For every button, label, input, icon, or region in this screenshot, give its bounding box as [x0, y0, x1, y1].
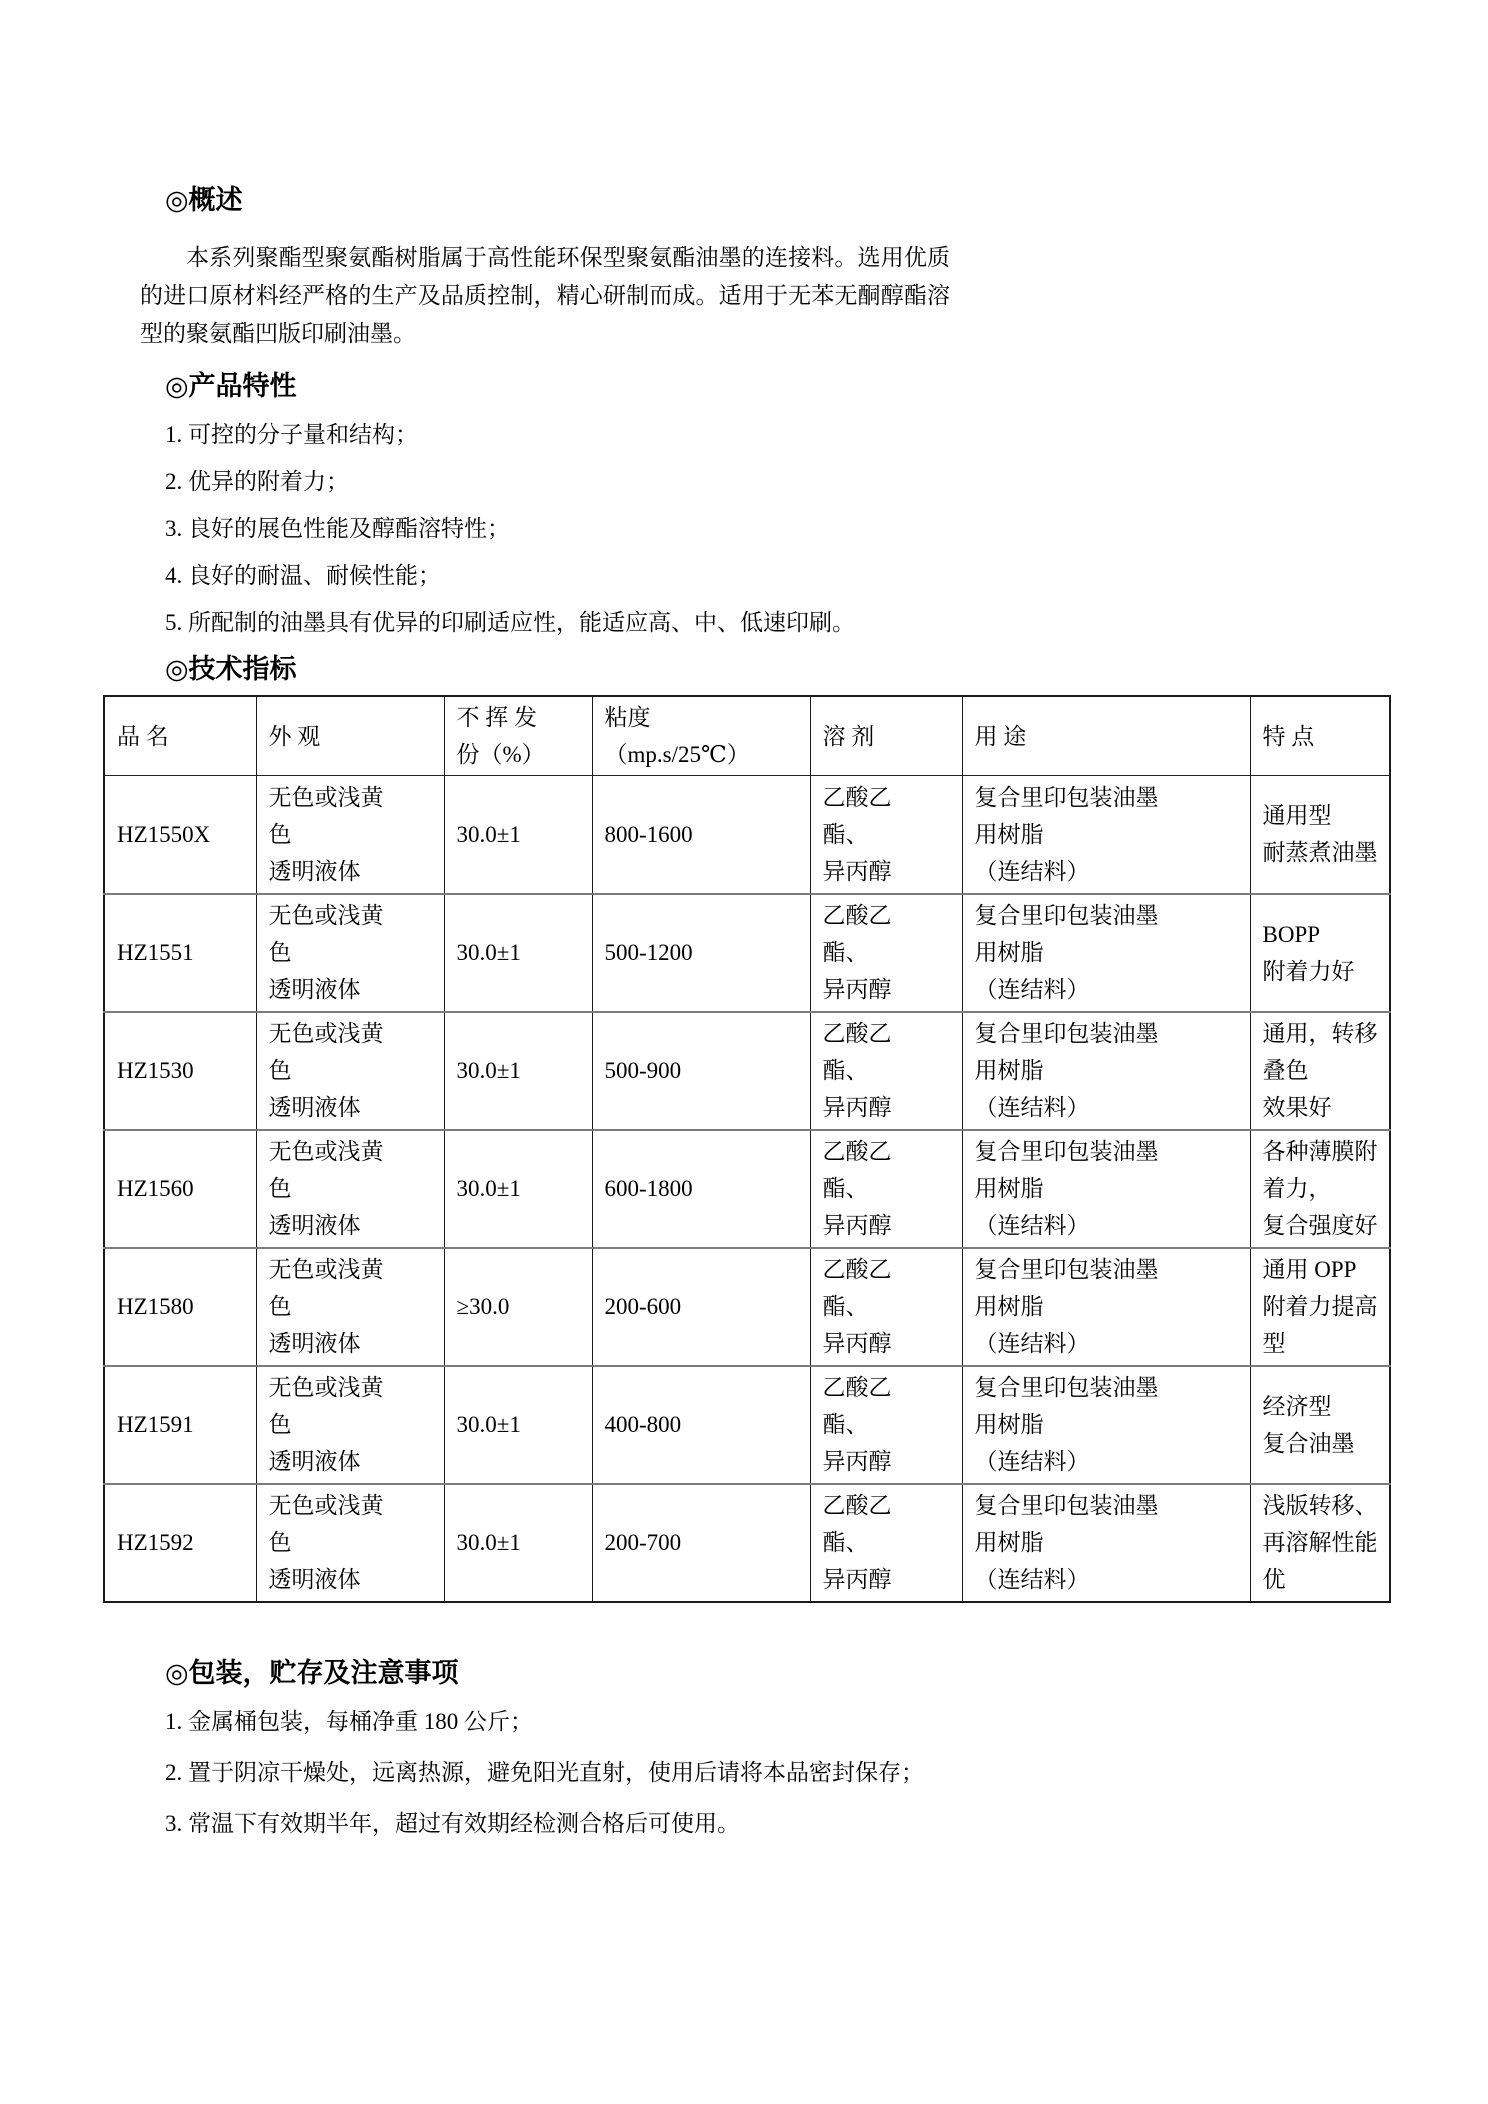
header-use: 用 途	[962, 696, 1250, 776]
overview-section: ◎概述 本系列聚酯型聚氨酯树脂属于高性能环保型聚氨酯油墨的连接料。选用优质的进口…	[140, 185, 950, 686]
cell-appearance: 无色或浅黄 色 透明液体	[256, 894, 444, 1012]
cell-nonvolatile: 30.0±1	[444, 1130, 592, 1248]
cell-product-name: HZ1530	[104, 1012, 256, 1130]
cell-product-name: HZ1551	[104, 894, 256, 1012]
cell-product-name: HZ1592	[104, 1484, 256, 1602]
cell-product-name: HZ1560	[104, 1130, 256, 1248]
packaging-item: 1. 金属桶包装，每桶净重 180 公斤；	[165, 1706, 950, 1738]
specs-table: 品 名 外 观 不 挥 发 份（%） 粘度 （mp.s/25℃） 溶 剂 用 途…	[103, 695, 1391, 1603]
document-page: ◎概述 本系列聚酯型聚氨酯树脂属于高性能环保型聚氨酯油墨的连接料。选用优质的进口…	[0, 0, 1488, 2104]
specs-heading: ◎技术指标	[165, 654, 950, 686]
feature-item: 1. 可控的分子量和结构；	[165, 419, 950, 451]
header-viscosity: 粘度 （mp.s/25℃）	[592, 696, 810, 776]
header-solvent: 溶 剂	[810, 696, 962, 776]
features-list: 1. 可控的分子量和结构； 2. 优异的附着力； 3. 良好的展色性能及醇酯溶特…	[140, 419, 950, 639]
cell-nonvolatile: 30.0±1	[444, 776, 592, 894]
cell-viscosity: 400-800	[592, 1366, 810, 1484]
cell-viscosity: 600-1800	[592, 1130, 810, 1248]
header-features: 特 点	[1250, 696, 1390, 776]
cell-appearance: 无色或浅黄 色 透明液体	[256, 1366, 444, 1484]
feature-item: 3. 良好的展色性能及醇酯溶特性；	[165, 513, 950, 545]
cell-viscosity: 800-1600	[592, 776, 810, 894]
cell-use: 复合里印包装油墨 用树脂 （连结料）	[962, 894, 1250, 1012]
cell-nonvolatile: 30.0±1	[444, 1012, 592, 1130]
cell-use: 复合里印包装油墨 用树脂 （连结料）	[962, 1012, 1250, 1130]
table-row: HZ1551 无色或浅黄 色 透明液体 30.0±1 500-1200 乙酸乙 …	[104, 894, 1390, 1012]
cell-appearance: 无色或浅黄 色 透明液体	[256, 776, 444, 894]
table-row: HZ1580 无色或浅黄 色 透明液体 ≥30.0 200-600 乙酸乙 酯、…	[104, 1248, 1390, 1366]
header-appearance: 外 观	[256, 696, 444, 776]
cell-solvent: 乙酸乙 酯、 异丙醇	[810, 1012, 962, 1130]
cell-use: 复合里印包装油墨 用树脂 （连结料）	[962, 1248, 1250, 1366]
table-header-row: 品 名 外 观 不 挥 发 份（%） 粘度 （mp.s/25℃） 溶 剂 用 途…	[104, 696, 1390, 776]
cell-viscosity: 500-900	[592, 1012, 810, 1130]
cell-nonvolatile: 30.0±1	[444, 1484, 592, 1602]
cell-nonvolatile: 30.0±1	[444, 894, 592, 1012]
cell-features: 通用，转移 叠色 效果好	[1250, 1012, 1390, 1130]
features-heading: ◎产品特性	[165, 371, 950, 403]
cell-solvent: 乙酸乙 酯、 异丙醇	[810, 776, 962, 894]
cell-solvent: 乙酸乙 酯、 异丙醇	[810, 1248, 962, 1366]
packaging-item: 2. 置于阴凉干燥处，远离热源，避免阳光直射，使用后请将本品密封保存；	[165, 1757, 950, 1789]
cell-use: 复合里印包装油墨 用树脂 （连结料）	[962, 776, 1250, 894]
cell-features: BOPP 附着力好	[1250, 894, 1390, 1012]
feature-item: 5. 所配制的油墨具有优异的印刷适应性，能适应高、中、低速印刷。	[165, 607, 950, 639]
cell-nonvolatile: 30.0±1	[444, 1366, 592, 1484]
header-nonvolatile: 不 挥 发 份（%）	[444, 696, 592, 776]
cell-solvent: 乙酸乙 酯、 异丙醇	[810, 1484, 962, 1602]
cell-product-name: HZ1550X	[104, 776, 256, 894]
table-row: HZ1530 无色或浅黄 色 透明液体 30.0±1 500-900 乙酸乙 酯…	[104, 1012, 1390, 1130]
packaging-section: ◎包装，贮存及注意事项 1. 金属桶包装，每桶净重 180 公斤； 2. 置于阴…	[140, 1658, 950, 1840]
header-product-name: 品 名	[104, 696, 256, 776]
cell-product-name: HZ1591	[104, 1366, 256, 1484]
cell-appearance: 无色或浅黄 色 透明液体	[256, 1484, 444, 1602]
cell-use: 复合里印包装油墨 用树脂 （连结料）	[962, 1484, 1250, 1602]
feature-item: 4. 良好的耐温、耐候性能；	[165, 560, 950, 592]
cell-features: 通用型 耐蒸煮油墨	[1250, 776, 1390, 894]
cell-use: 复合里印包装油墨 用树脂 （连结料）	[962, 1130, 1250, 1248]
cell-viscosity: 500-1200	[592, 894, 810, 1012]
cell-appearance: 无色或浅黄 色 透明液体	[256, 1130, 444, 1248]
specs-table-section: 品 名 外 观 不 挥 发 份（%） 粘度 （mp.s/25℃） 溶 剂 用 途…	[103, 695, 1488, 1603]
cell-appearance: 无色或浅黄 色 透明液体	[256, 1012, 444, 1130]
table-row: HZ1592 无色或浅黄 色 透明液体 30.0±1 200-700 乙酸乙 酯…	[104, 1484, 1390, 1602]
overview-heading: ◎概述	[165, 185, 950, 217]
packaging-heading: ◎包装，贮存及注意事项	[165, 1658, 950, 1690]
cell-solvent: 乙酸乙 酯、 异丙醇	[810, 894, 962, 1012]
cell-nonvolatile: ≥30.0	[444, 1248, 592, 1366]
overview-paragraph: 本系列聚酯型聚氨酯树脂属于高性能环保型聚氨酯油墨的连接料。选用优质的进口原材料经…	[140, 239, 950, 353]
cell-appearance: 无色或浅黄 色 透明液体	[256, 1248, 444, 1366]
cell-features: 经济型 复合油墨	[1250, 1366, 1390, 1484]
cell-solvent: 乙酸乙 酯、 异丙醇	[810, 1366, 962, 1484]
cell-use: 复合里印包装油墨 用树脂 （连结料）	[962, 1366, 1250, 1484]
cell-solvent: 乙酸乙 酯、 异丙醇	[810, 1130, 962, 1248]
cell-product-name: HZ1580	[104, 1248, 256, 1366]
table-row: HZ1560 无色或浅黄 色 透明液体 30.0±1 600-1800 乙酸乙 …	[104, 1130, 1390, 1248]
table-row: HZ1591 无色或浅黄 色 透明液体 30.0±1 400-800 乙酸乙 酯…	[104, 1366, 1390, 1484]
feature-item: 2. 优异的附着力；	[165, 466, 950, 498]
cell-viscosity: 200-600	[592, 1248, 810, 1366]
cell-features: 各种薄膜附 着力， 复合强度好	[1250, 1130, 1390, 1248]
cell-features: 通用 OPP 附着力提高 型	[1250, 1248, 1390, 1366]
cell-viscosity: 200-700	[592, 1484, 810, 1602]
packaging-list: 1. 金属桶包装，每桶净重 180 公斤； 2. 置于阴凉干燥处，远离热源，避免…	[140, 1706, 950, 1840]
cell-features: 浅版转移、 再溶解性能 优	[1250, 1484, 1390, 1602]
table-row: HZ1550X 无色或浅黄 色 透明液体 30.0±1 800-1600 乙酸乙…	[104, 776, 1390, 894]
packaging-item: 3. 常温下有效期半年，超过有效期经检测合格后可使用。	[165, 1808, 950, 1840]
